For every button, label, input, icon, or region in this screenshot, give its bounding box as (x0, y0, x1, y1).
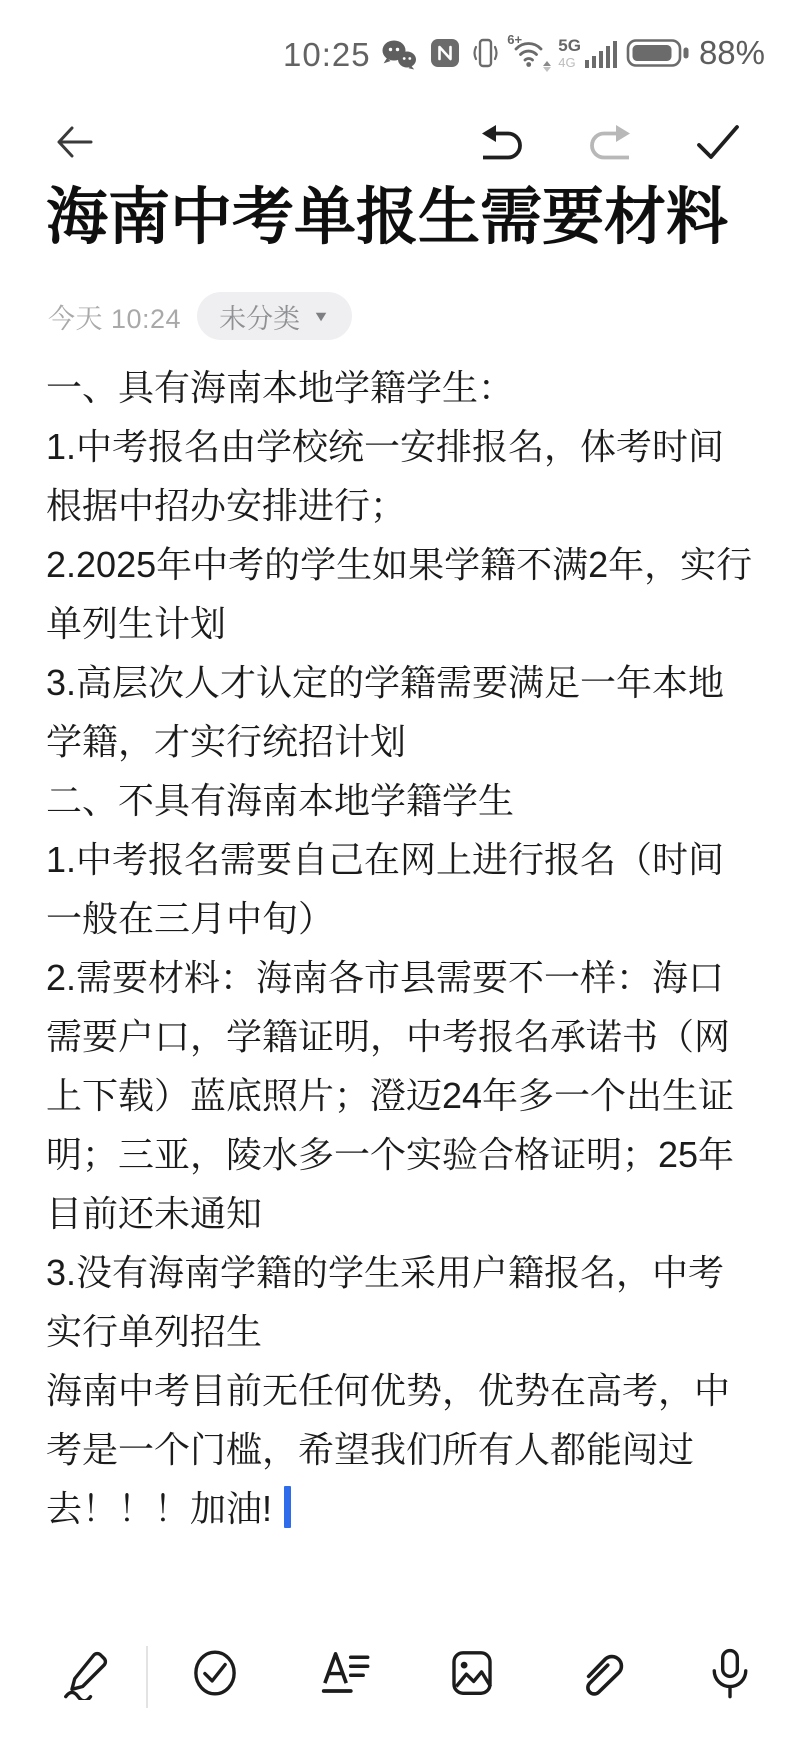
note-body-line: 实行单列招生 (46, 1302, 758, 1361)
note-body-line: 根据中招办安排进行； (46, 476, 758, 535)
voice-input-button[interactable] (703, 1646, 757, 1700)
note-body-line: 一般在三月中旬） (46, 889, 758, 948)
note-body-line: 2.需要材料：海南各市县需要不一样：海口 (46, 948, 758, 1007)
vibrate-icon (470, 36, 500, 70)
redo-icon (587, 123, 633, 161)
note-body-line: 学籍，才实行统招计划 (46, 712, 758, 771)
handwriting-button[interactable] (59, 1646, 113, 1700)
toolbar-divider (146, 1646, 148, 1708)
note-body-line: 上下载）蓝底照片；澄迈24年多一个出生证 (46, 1066, 758, 1125)
note-body-line: 3.没有海南学籍的学生采用户籍报名，中考 (46, 1243, 758, 1302)
note-body-line: 一、具有海南本地学籍学生： (46, 358, 758, 417)
todo-checklist-button[interactable] (188, 1646, 242, 1700)
note-body-line: 2.2025年中考的学生如果学籍不满2年，实行 (46, 535, 758, 594)
status-bar: 10:25 (0, 0, 800, 96)
back-arrow-icon (50, 118, 98, 166)
chevron-down-icon: ▼ (312, 308, 330, 325)
network-5g-label: 5G (558, 37, 581, 54)
note-body-line: 明；三亚，陵水多一个实验合格证明；25年 (46, 1125, 758, 1184)
stylus-pen-icon (59, 1646, 113, 1700)
note-body-line: 二、不具有海南本地学籍学生 (46, 771, 758, 830)
note-body[interactable]: 一、具有海南本地学籍学生： 1.中考报名由学校统一安排报名，体考时间 根据中招办… (46, 358, 758, 1538)
battery-icon (626, 36, 690, 70)
note-body-line: 考是一个门槛，希望我们所有人都能闯过 (46, 1420, 758, 1479)
bottom-toolbar (0, 1612, 800, 1760)
status-right-cluster: 6+ 5G 4G (429, 34, 765, 72)
note-title[interactable]: 海南中考单报生需要材料 (46, 178, 754, 258)
note-body-line: 需要户口，学籍证明，中考报名承诺书（网 (46, 1007, 758, 1066)
notes-app-screen: 10:25 (0, 0, 800, 1760)
note-timestamp: 今天 10:24 (48, 297, 181, 336)
note-meta: 今天 10:24 未分类 ▼ (48, 292, 352, 340)
undo-button[interactable] (477, 117, 527, 167)
checkmark-icon (694, 121, 742, 163)
text-format-icon (317, 1646, 371, 1700)
note-body-line: 3.高层次人才认定的学籍需要满足一年本地 (46, 653, 758, 712)
nfc-icon (429, 37, 461, 69)
battery-percent: 88% (699, 34, 765, 72)
insert-image-button[interactable] (445, 1646, 499, 1700)
wechat-notification-icon (381, 39, 417, 71)
note-body-line: 1.中考报名需要自己在网上进行报名（时间 (46, 830, 758, 889)
category-selector[interactable]: 未分类 ▼ (197, 292, 352, 340)
text-style-button[interactable] (317, 1646, 371, 1700)
data-activity-arrows-icon (543, 61, 551, 72)
undo-icon (479, 123, 525, 161)
status-left-cluster: 10:25 (283, 36, 417, 74)
network-secondary-label: 4G (558, 56, 575, 69)
toolbar-actions (477, 117, 743, 167)
redo-button[interactable] (585, 117, 635, 167)
note-body-line: 海南中考目前无任何优势，优势在高考，中 (46, 1361, 758, 1420)
note-body-line: 去！！！加油! (46, 1479, 758, 1538)
clock: 10:25 (283, 36, 371, 74)
category-label: 未分类 (219, 297, 300, 336)
confirm-button[interactable] (693, 117, 743, 167)
check-circle-icon (188, 1646, 242, 1700)
back-button[interactable] (48, 116, 100, 168)
note-body-line: 单列生计划 (46, 594, 758, 653)
cellular-signal-icon: 5G 4G (558, 36, 617, 70)
note-body-line: 目前还未通知 (46, 1184, 758, 1243)
note-body-line: 1.中考报名由学校统一安排报名，体考时间 (46, 417, 758, 476)
image-icon (445, 1646, 499, 1700)
wifi-icon: 6+ (509, 36, 549, 70)
editor-toolbar (0, 104, 800, 180)
wifi6-badge: 6+ (507, 32, 522, 47)
paperclip-icon (574, 1646, 628, 1700)
microphone-icon (703, 1646, 757, 1700)
attachment-button[interactable] (574, 1646, 628, 1700)
